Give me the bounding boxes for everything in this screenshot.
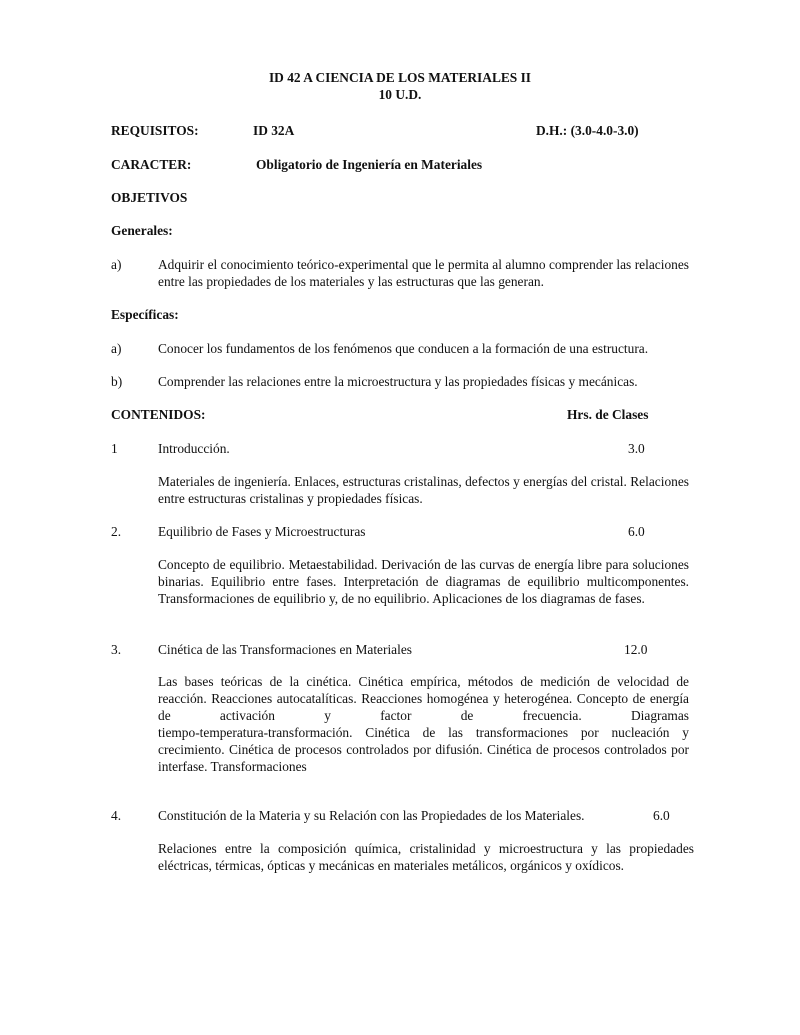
unit-title: Constitución de la Materia y su Relación…	[158, 807, 585, 824]
unit-hours: 3.0	[628, 440, 645, 457]
unit-number: 3.	[111, 641, 121, 658]
unit-number: 4.	[111, 807, 121, 824]
generales-item-marker: a)	[111, 256, 121, 273]
unit-hours: 6.0	[653, 807, 670, 824]
unit-hours: 6.0	[628, 523, 645, 540]
unit-title: Cinética de las Transformaciones en Mate…	[158, 641, 412, 658]
unit-title: Introducción.	[158, 440, 230, 457]
dh-value: D.H.: (3.0-4.0-3.0)	[536, 122, 639, 139]
unit-description: Relaciones entre la composición química,…	[158, 840, 694, 874]
objetivos-heading: OBJETIVOS	[111, 189, 187, 206]
generales-heading: Generales:	[111, 222, 173, 239]
contenidos-heading: CONTENIDOS:	[111, 406, 206, 423]
unit-description-part-2: tiempo-temperatura-transformación. Cinét…	[158, 724, 689, 775]
caracter-label: CARACTER:	[111, 156, 191, 173]
course-units: 10 U.D.	[0, 86, 800, 103]
unit-description: Materiales de ingeniería. Enlaces, estru…	[158, 473, 689, 507]
unit-title: Equilibrio de Fases y Microestructuras	[158, 523, 366, 540]
especificas-item-text: Conocer los fundamentos de los fenómenos…	[158, 340, 648, 357]
especificas-heading: Específicas:	[111, 306, 179, 323]
unit-hours: 12.0	[624, 641, 647, 658]
especificas-item-marker: b)	[111, 373, 122, 390]
hours-heading: Hrs. de Clases	[567, 406, 648, 423]
caracter-value: Obligatorio de Ingeniería en Materiales	[256, 156, 482, 173]
especificas-item-marker: a)	[111, 340, 121, 357]
unit-description: Concepto de equilibrio. Metaestabilidad.…	[158, 556, 689, 607]
requisitos-label: REQUISITOS:	[111, 122, 199, 139]
unit-number: 1	[111, 440, 118, 457]
unit-number: 2.	[111, 523, 121, 540]
unit-description-part-1: Las bases teóricas de la cinética. Cinét…	[158, 673, 689, 724]
generales-item-text: Adquirir el conocimiento teórico-experim…	[158, 256, 689, 290]
requisitos-value: ID 32A	[253, 122, 294, 139]
course-title: ID 42 A CIENCIA DE LOS MATERIALES II	[0, 69, 800, 86]
especificas-item-text: Comprender las relaciones entre la micro…	[158, 373, 638, 390]
